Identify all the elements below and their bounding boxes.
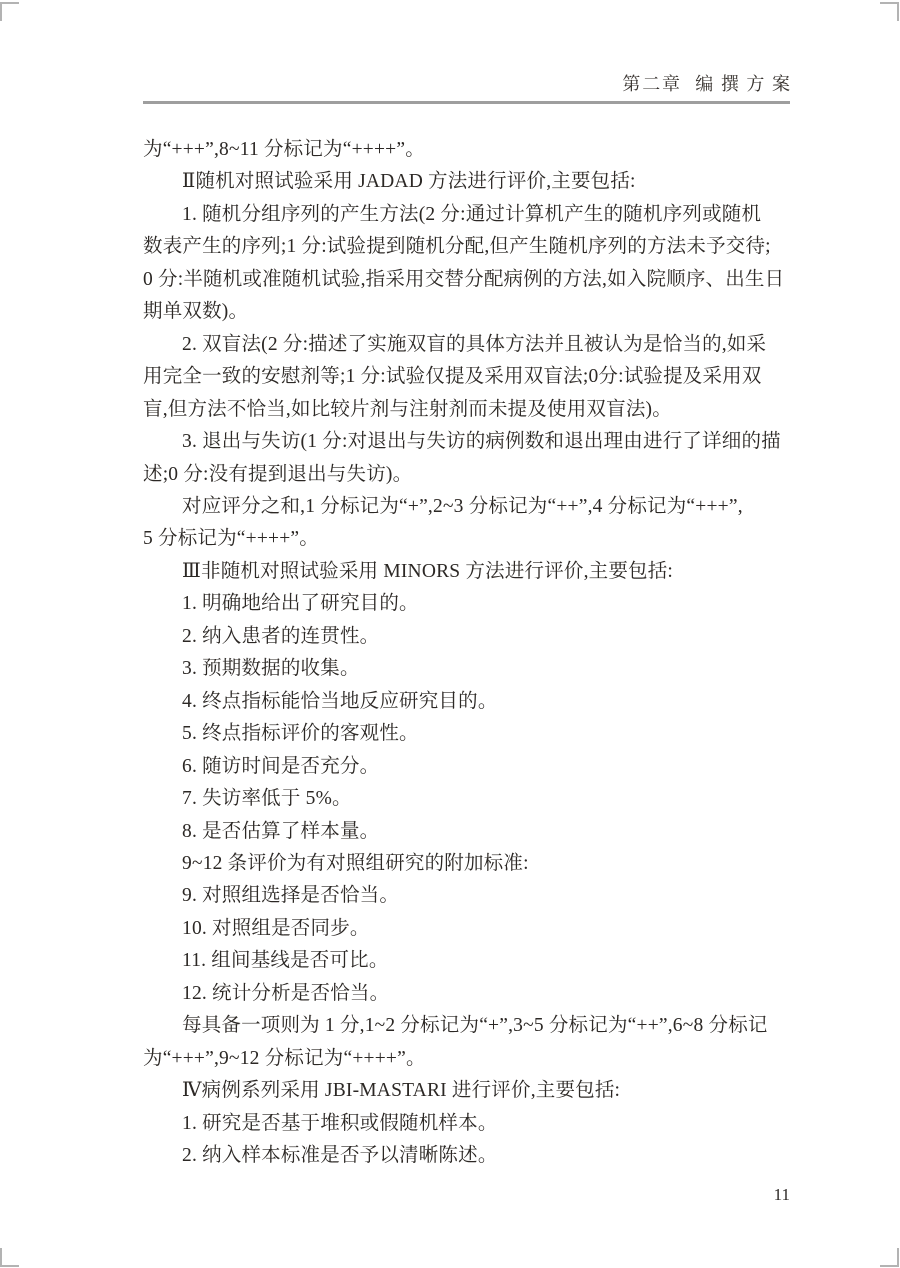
text-line: 8. 是否估算了样本量。 — [143, 816, 790, 848]
text-line: 对应评分之和,1 分标记为“+”,2~3 分标记为“++”,4 分标记为“+++… — [143, 491, 790, 523]
text-line: 2. 纳入样本标准是否予以清晰陈述。 — [143, 1140, 790, 1172]
crop-mark-bottom-right — [880, 1248, 899, 1267]
text-line: 11. 组间基线是否可比。 — [143, 945, 790, 977]
text-line: 用完全一致的安慰剂等;1 分:试验仅提及采用双盲法;0分:试验提及采用双 — [143, 361, 790, 393]
page-number: 11 — [774, 1184, 790, 1206]
book-page: 第二章编撰方案 为“+++”,8~11 分标记为“++++”。Ⅱ随机对照试验采用… — [0, 0, 900, 1268]
text-line: 5. 终点指标评价的客观性。 — [143, 718, 790, 750]
text-line: 2. 双盲法(2 分:描述了实施双盲的具体方法并且被认为是恰当的,如采 — [143, 329, 790, 361]
text-line: 10. 对照组是否同步。 — [143, 913, 790, 945]
text-line: 盲,但方法不恰当,如比较片剂与注射剂而未提及使用双盲法)。 — [143, 394, 790, 426]
text-line: 每具备一项则为 1 分,1~2 分标记为“+”,3~5 分标记为“++”,6~8… — [143, 1010, 790, 1042]
text-line: Ⅳ病例系列采用 JBI-MASTARI 进行评价,主要包括: — [143, 1075, 790, 1107]
text-line: 2. 纳入患者的连贯性。 — [143, 621, 790, 653]
text-line: Ⅱ随机对照试验采用 JADAD 方法进行评价,主要包括: — [143, 166, 790, 198]
text-line: 3. 预期数据的收集。 — [143, 653, 790, 685]
text-line: 期单双数)。 — [143, 296, 790, 328]
text-line: Ⅲ非随机对照试验采用 MINORS 方法进行评价,主要包括: — [143, 556, 790, 588]
text-line: 5 分标记为“++++”。 — [143, 523, 790, 555]
text-line: 9~12 条评价为有对照组研究的附加标准: — [143, 848, 790, 880]
text-line: 7. 失访率低于 5%。 — [143, 783, 790, 815]
chapter-number: 第二章 — [622, 74, 681, 94]
text-line: 12. 统计分析是否恰当。 — [143, 978, 790, 1010]
text-line: 4. 终点指标能恰当地反应研究目的。 — [143, 686, 790, 718]
crop-mark-top-left — [0, 2, 19, 21]
crop-mark-top-right — [880, 2, 899, 21]
running-header: 第二章编撰方案 — [143, 72, 790, 97]
text-line: 3. 退出与失访(1 分:对退出与失访的病例数和退出理由进行了详细的描 — [143, 426, 790, 458]
chapter-title: 编撰方案 — [695, 74, 797, 94]
text-line: 数表产生的序列;1 分:试验提到随机分配,但产生随机序列的方法未予交待; — [143, 231, 790, 263]
text-line: 述;0 分:没有提到退出与失访)。 — [143, 459, 790, 491]
text-line: 1. 随机分组序列的产生方法(2 分:通过计算机产生的随机序列或随机 — [143, 199, 790, 231]
text-line: 1. 明确地给出了研究目的。 — [143, 588, 790, 620]
text-line: 为“+++”,8~11 分标记为“++++”。 — [143, 134, 790, 166]
text-line: 1. 研究是否基于堆积或假随机样本。 — [143, 1108, 790, 1140]
header-rule — [143, 101, 790, 104]
text-line: 0 分:半随机或准随机试验,指采用交替分配病例的方法,如入院顺序、出生日 — [143, 264, 790, 296]
text-line: 9. 对照组选择是否恰当。 — [143, 880, 790, 912]
crop-mark-bottom-left — [0, 1248, 19, 1267]
body-lines: 为“+++”,8~11 分标记为“++++”。Ⅱ随机对照试验采用 JADAD 方… — [143, 134, 790, 1173]
text-line: 为“+++”,9~12 分标记为“++++”。 — [143, 1043, 790, 1075]
text-line: 6. 随访时间是否充分。 — [143, 751, 790, 783]
